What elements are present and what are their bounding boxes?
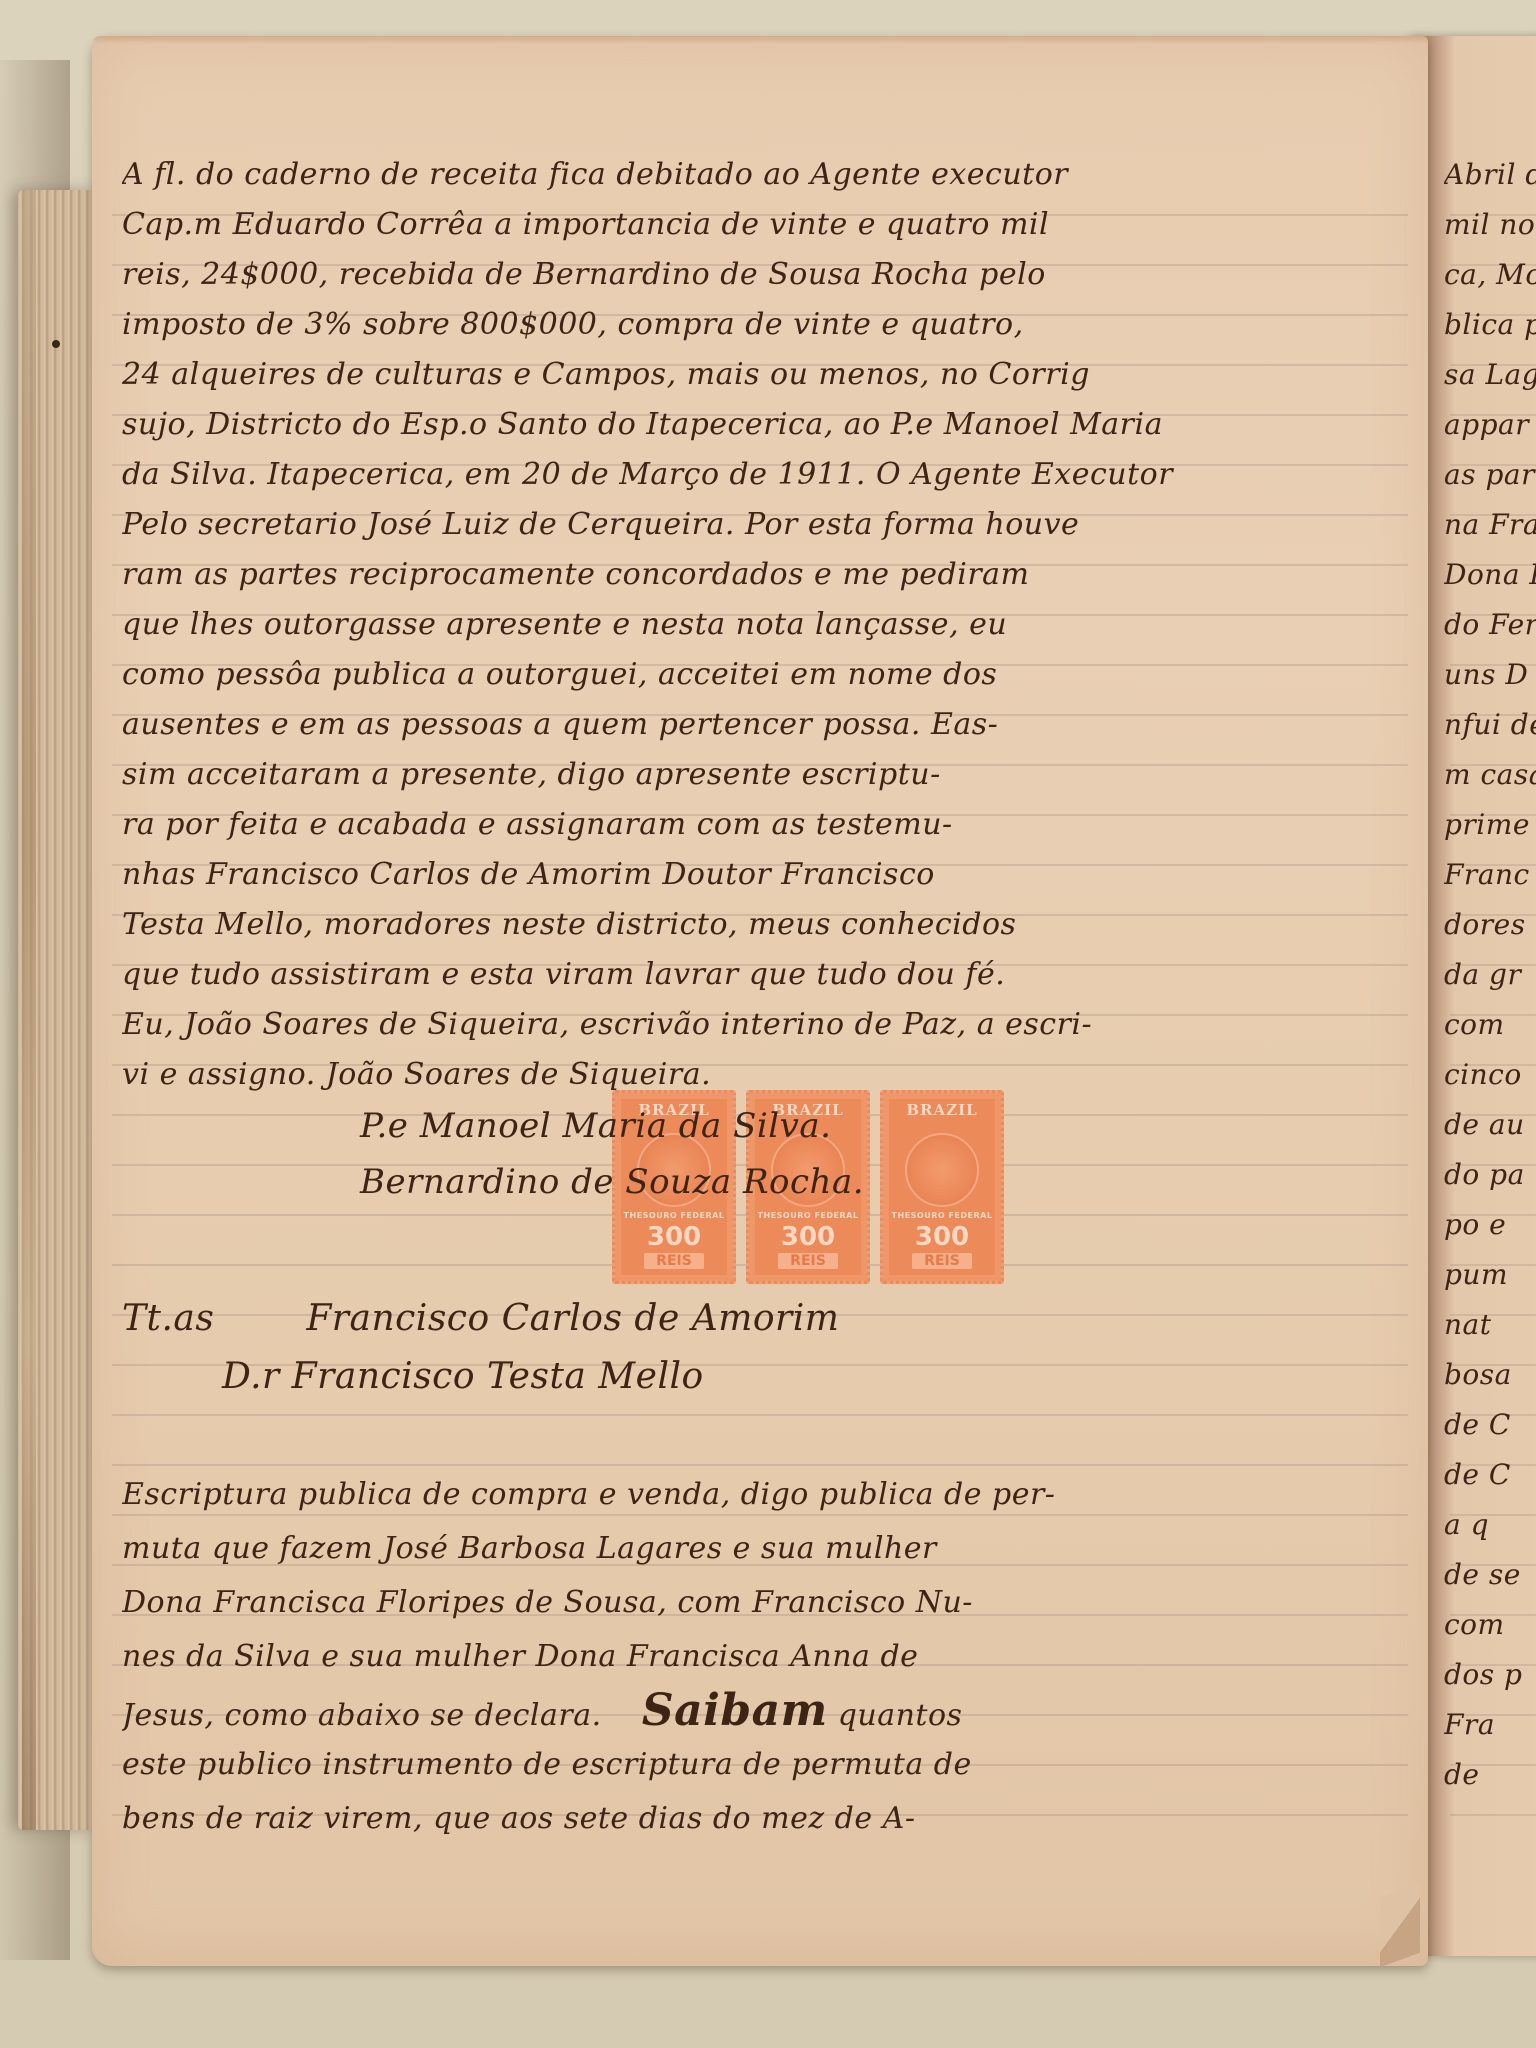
witnesses-block: Tt.as Francisco Carlos de Amorim D.r Fra… — [122, 1290, 1322, 1406]
text-line: Eu, João Soares de Siqueira, escrivão in… — [122, 1000, 1402, 1050]
text-line: com — [1444, 1600, 1536, 1650]
text-line: uns D — [1444, 650, 1536, 700]
stamp-value: 300 — [647, 1224, 701, 1250]
text-line: ram as partes reciprocamente concordados… — [122, 550, 1402, 600]
text-line: nfui de — [1444, 700, 1536, 750]
stamp-unit: REIS — [644, 1253, 704, 1269]
text-line: que lhes outorgasse apresente e nesta no… — [122, 600, 1402, 650]
text-line: como pessôa publica a outorguei, acceite… — [122, 650, 1402, 700]
text-line: Abril do — [1444, 150, 1536, 200]
text-line: bens de raiz virem, que aos sete dias do… — [122, 1792, 1402, 1846]
text-line: reis, 24$000, recebida de Bernardino de … — [122, 250, 1402, 300]
binding-hole — [52, 340, 60, 348]
text-line: imposto de 3% sobre 800$000, compra de v… — [122, 300, 1402, 350]
text-line: bosa — [1444, 1350, 1536, 1400]
text-line: dos p — [1444, 1650, 1536, 1700]
text-line: de C — [1444, 1400, 1536, 1450]
text-line: de se — [1444, 1550, 1536, 1600]
page-top-edge — [92, 36, 1428, 44]
text-line: 24 alqueires de culturas e Campos, mais … — [122, 350, 1402, 400]
text-line: appar — [1444, 400, 1536, 450]
stamp-unit: REIS — [778, 1253, 838, 1269]
text-line: Dona Francisca Floripes de Sousa, com Fr… — [122, 1576, 1402, 1630]
text-line: de au — [1444, 1100, 1536, 1150]
stamp-motto: THESOURO FEDERAL — [758, 1211, 859, 1220]
entry-2-text: Escriptura publica de compra e venda, di… — [122, 1468, 1402, 1846]
text-line: ca, Mo — [1444, 250, 1536, 300]
text-line: do Fer — [1444, 600, 1536, 650]
stamp-value: 300 — [915, 1224, 969, 1250]
text-line: pum — [1444, 1250, 1536, 1300]
text-line: Pelo secretario José Luiz de Cerqueira. … — [122, 500, 1402, 550]
stamp-motto: THESOURO FEDERAL — [892, 1211, 993, 1220]
text-line: cinco — [1444, 1050, 1536, 1100]
stamp-motto: THESOURO FEDERAL — [624, 1211, 725, 1220]
text-line: A fl. do caderno de receita fica debitad… — [122, 150, 1402, 200]
signature-bernardino-de-souza-rocha: Bernardino de Souza Rocha. — [360, 1154, 1260, 1210]
text-line: mil nov — [1444, 200, 1536, 250]
text-line: na Fra — [1444, 500, 1536, 550]
text-line: este publico instrumento de escriptura d… — [122, 1738, 1402, 1792]
text-line: Escriptura publica de compra e venda, di… — [122, 1468, 1402, 1522]
text-line: blica po — [1444, 300, 1536, 350]
text-line: Dona F — [1444, 550, 1536, 600]
text-line: Fra — [1444, 1700, 1536, 1750]
text-line: da gr — [1444, 950, 1536, 1000]
text-line: sujo, Districto do Esp.o Santo do Itapec… — [122, 400, 1402, 450]
witness-name: Francisco Carlos de Amorim — [306, 1298, 839, 1339]
text-line: ra por feita e acabada e assignaram com … — [122, 800, 1402, 850]
text-line: sim acceitaram a presente, digo apresent… — [122, 750, 1402, 800]
text-line: Jesus, como abaixo se declara. Saibam qu… — [122, 1684, 1402, 1738]
text-line: nhas Francisco Carlos de Amorim Doutor F… — [122, 850, 1402, 900]
page-corner-fold — [1380, 1883, 1420, 1968]
text-line: prime — [1444, 800, 1536, 850]
text-line: m casa — [1444, 750, 1536, 800]
facing-page-text: Abril do mil nov ca, Mo blica po sa Lag … — [1444, 150, 1536, 1800]
page-stack-edges — [18, 190, 98, 1830]
stamp-value: 300 — [781, 1224, 835, 1250]
text-fragment: Jesus, como abaixo se declara. — [122, 1698, 602, 1733]
text-line: as partes — [1444, 450, 1536, 500]
entry-1-text: A fl. do caderno de receita fica debitad… — [122, 150, 1402, 1100]
text-line: ausentes e em as pessoas a quem pertence… — [122, 700, 1402, 750]
text-fragment: quantos — [838, 1698, 963, 1733]
text-line: po e — [1444, 1200, 1536, 1250]
text-line: com — [1444, 1000, 1536, 1050]
signatures: P.e Manoel Maria da Silva. Bernardino de… — [360, 1098, 1260, 1210]
witness-line: Tt.as Francisco Carlos de Amorim — [122, 1290, 1322, 1348]
text-line: dores — [1444, 900, 1536, 950]
text-line: muta que fazem José Barbosa Lagares e su… — [122, 1522, 1402, 1576]
text-line: nes da Silva e sua mulher Dona Francisca… — [122, 1630, 1402, 1684]
text-line: sa Lag — [1444, 350, 1536, 400]
text-line: a q — [1444, 1500, 1536, 1550]
text-line: Cap.m Eduardo Corrêa a importancia de vi… — [122, 200, 1402, 250]
witness-line: D.r Francisco Testa Mello — [122, 1348, 1322, 1406]
text-line: de — [1444, 1750, 1536, 1800]
text-line: do pa — [1444, 1150, 1536, 1200]
stamp-unit: REIS — [912, 1253, 972, 1269]
saibam-heading: Saibam — [642, 1685, 828, 1736]
signature-manoel-maria-da-silva: P.e Manoel Maria da Silva. — [360, 1098, 1260, 1154]
text-line: Testa Mello, moradores neste districto, … — [122, 900, 1402, 950]
text-line: nat — [1444, 1300, 1536, 1350]
witness-name: D.r Francisco Testa Mello — [222, 1356, 704, 1397]
witness-prefix: Tt.as — [122, 1298, 214, 1339]
text-line: da Silva. Itapecerica, em 20 de Março de… — [122, 450, 1402, 500]
text-line: que tudo assistiram e esta viram lavrar … — [122, 950, 1402, 1000]
text-line: de C — [1444, 1450, 1536, 1500]
text-line: Franc — [1444, 850, 1536, 900]
